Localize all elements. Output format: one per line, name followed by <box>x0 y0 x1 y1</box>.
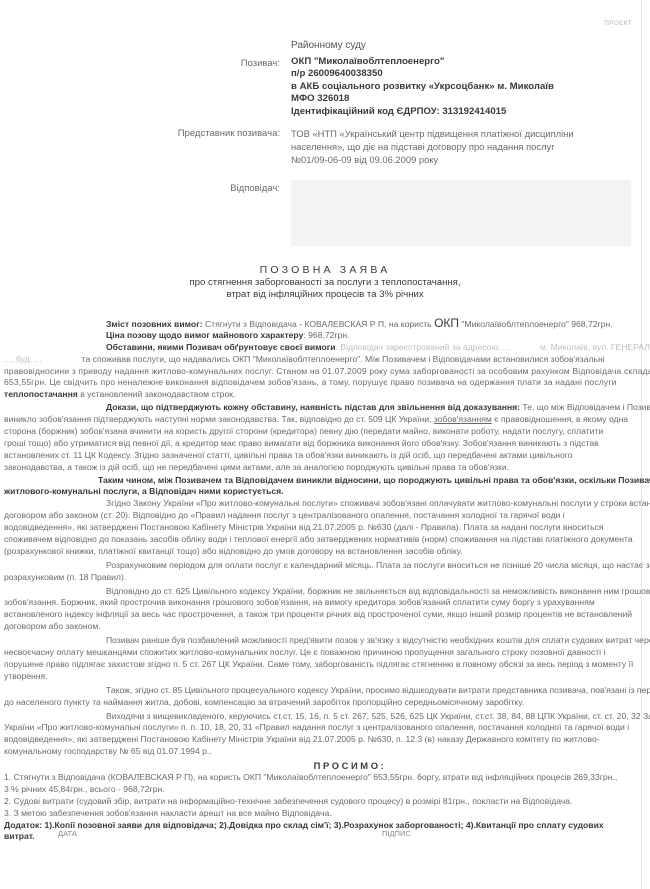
plaintiff-account: п/р 26009640038350 <box>291 68 554 80</box>
evidence-text: Те, що між Відповідачем і Позивачем <box>520 402 650 412</box>
evidence-line: виникло зобов'язання підтверджують насту… <box>0 414 650 426</box>
article-625-line: зобов'язання. Боржник, який прострочив в… <box>0 597 650 609</box>
circumstances-line: ..., буд. ...та споживав послуги, що над… <box>0 354 650 366</box>
date-label: ДАТА <box>58 828 77 840</box>
claim-content-amount: "Миколаївоблтеплоенерго" 968,72грн. <box>459 319 613 329</box>
claim-price-value: : 968,72грн. <box>303 330 349 340</box>
plaintiff-bank: в АКБ соціального розвитку «Укрсоцбанк» … <box>291 81 554 93</box>
attachments-line: витрат. <box>0 831 650 843</box>
claim-price: Ціна позову щодо вимог майнового характе… <box>0 330 650 342</box>
law-line: водовідведення», які затверджені Постано… <box>0 522 650 534</box>
court-addressee: Районному суду <box>291 40 366 52</box>
deprivation-line: Позивач раніше був позбавлений можливост… <box>0 635 650 647</box>
period-line: розрахунковим (п. 18 Правил). <box>0 572 650 584</box>
evidence-label: Докази, що підтверджують кожну обставину… <box>106 402 520 412</box>
representative-line: населення», що діє на підставі договору … <box>291 141 650 154</box>
request-item: 3. З метою забезпечення зобов'язання нак… <box>0 808 650 820</box>
law-line: договором або законом (ст. 20). Відповід… <box>0 510 650 522</box>
conclusion-line: Таким чином, між Позивачем та Відповідач… <box>0 475 650 487</box>
circumstances-redacted: . Відповідач зареєстрований за адресою: … <box>336 342 510 352</box>
claim-content: Зміст позовних вимог: Стягнути з Відпові… <box>0 318 650 330</box>
evidence-text: виникло зобов'язання підтверджують насту… <box>4 414 434 424</box>
evidence-line: сторона (боржник) зобов'язана вчинити на… <box>0 426 650 438</box>
circumstances-text: та споживав послуги, що надавались ОКП "… <box>42 354 605 364</box>
legal-basis-line: водовідведення», які затверджені Постано… <box>0 734 650 746</box>
evidence-heading: Докази, що підтверджують кожну обставину… <box>0 402 650 414</box>
draft-stamp: ПРОЕКТ <box>604 18 632 30</box>
plaintiff-mfo: МФО 326018 <box>291 93 554 105</box>
request-item: 2. Судові витрати (судовий збір, витрати… <box>0 796 650 808</box>
article-625-line: встановленого індексу інфляції за весь ч… <box>0 609 650 621</box>
circumstances-text: в установлений законодавством строк. <box>78 389 236 399</box>
representative-details: ТОВ «НТП «Український центр підвищення п… <box>291 128 650 166</box>
representative-label: Представник позивача: <box>160 128 280 140</box>
plaintiff-name: ОКП "Миколаївоблтеплоенерго" <box>291 56 554 68</box>
representative-line: ТОВ «НТП «Український центр підвищення п… <box>291 128 650 141</box>
request-heading: ПРОСИМО: <box>0 760 650 772</box>
document-subtitle-2: втрат від інфляційних процесів та 3% річ… <box>0 289 650 301</box>
circumstances-label: Обставини, якими Позивач обґрунтовує сво… <box>106 342 336 352</box>
law-line: Згідно Закону України «Про житлово-комун… <box>0 498 650 510</box>
article-85-line: Також, згідно ст. 85 Цивільного процесуа… <box>0 685 650 697</box>
evidence-line: законодавства, а також із дій осіб, що н… <box>0 462 650 474</box>
document-title-block: ПОЗОВНА ЗАЯВА про стягнення заборгованос… <box>0 265 650 301</box>
attachments-line: Додаток: 1).Копії позовної заяви для від… <box>0 820 650 832</box>
circumstances-line: 653,55грн. Це свідчить про неналежне вик… <box>0 377 650 389</box>
request-item: 1. Стягнути з Відповідача (КОВАЛЕВСКАЯ Р… <box>0 772 650 784</box>
plaintiff-label: Позивач: <box>160 58 280 70</box>
claim-price-label: Ціна позову щодо вимог майнового характе… <box>106 330 303 340</box>
claim-body: Зміст позовних вимог: Стягнути з Відпові… <box>0 318 650 843</box>
signature-label: ПІДПИС <box>382 828 411 840</box>
circumstances-line: правовідносини з приводу надання житлово… <box>0 366 650 378</box>
claim-content-label: Зміст позовних вимог: <box>106 319 203 329</box>
article-85-line: до населеного пункту та наймання житла, … <box>0 697 650 709</box>
law-line: (розрахункової книжки, платіжної квитанц… <box>0 546 650 558</box>
claim-content-org: ОКП <box>434 316 459 330</box>
circumstances-redacted-start: ..., буд. ... <box>4 354 42 364</box>
plaintiff-details: ОКП "Миколаївоблтеплоенерго" п/р 2600964… <box>291 56 554 118</box>
representative-line: №01/09-06-09 від 09.06.2009 року <box>291 154 650 167</box>
evidence-line: встановлених ст. 11 ЦК Кодексу. Згідно з… <box>0 450 650 462</box>
circumstances-line: теплопостачання в установлений законодав… <box>0 389 650 401</box>
evidence-underlined-term: зобов'язанням <box>434 414 492 424</box>
legal-basis-line: України «Про житлово-комунальні послуги»… <box>0 722 650 734</box>
evidence-text: є правовідношення, в якому одна <box>492 414 628 424</box>
document-subtitle-1: про стягнення заборгованості за послуги … <box>0 277 650 289</box>
article-625-line: договором або законом. <box>0 621 650 633</box>
defendant-label: Відповідач: <box>160 183 280 195</box>
circumstances-redacted-address: м. Миколаїв, вул. ГЕНЕРАЛ <box>540 342 650 354</box>
plaintiff-edrpou: Ідентифікаційний код ЄДРПОУ: 31319241401… <box>291 106 554 118</box>
law-line: споживачем відповідно до показань засобі… <box>0 534 650 546</box>
circumstances-heading: Обставини, якими Позивач обґрунтовує сво… <box>0 342 650 354</box>
deprivation-line: порушене право підлягає захистові згідно… <box>0 659 650 671</box>
period-line: Розрахунковим періодом для оплати послуг… <box>0 560 650 572</box>
legal-basis-line: Виходячи з вищевикладеного, керуючись ст… <box>0 711 650 723</box>
request-item: 3 % річних 45,84грн., всього - 968,72грн… <box>0 784 650 796</box>
legal-basis-line: комунальному господарству № 65 від 01.07… <box>0 746 650 758</box>
document-title: ПОЗОВНА ЗАЯВА <box>0 265 650 277</box>
defendant-redacted-area <box>291 180 631 246</box>
circumstances-bold-term: теплопостачання <box>4 389 78 399</box>
deprivation-line: утворення. <box>0 671 650 683</box>
deprivation-line: несвоєчасну оплату мешканцями спожитих ж… <box>0 647 650 659</box>
evidence-line: гроші тощо) або утриматися від певної ді… <box>0 438 650 450</box>
article-625-line: Відповідно до ст. 625 Цивільного кодексу… <box>0 586 650 598</box>
conclusion-line: житлового-комунальні послуги, а Відповід… <box>0 486 650 498</box>
claim-content-text: Стягнути з Відповідача - КОВАЛЕВСКАЯ Р П… <box>203 319 435 329</box>
